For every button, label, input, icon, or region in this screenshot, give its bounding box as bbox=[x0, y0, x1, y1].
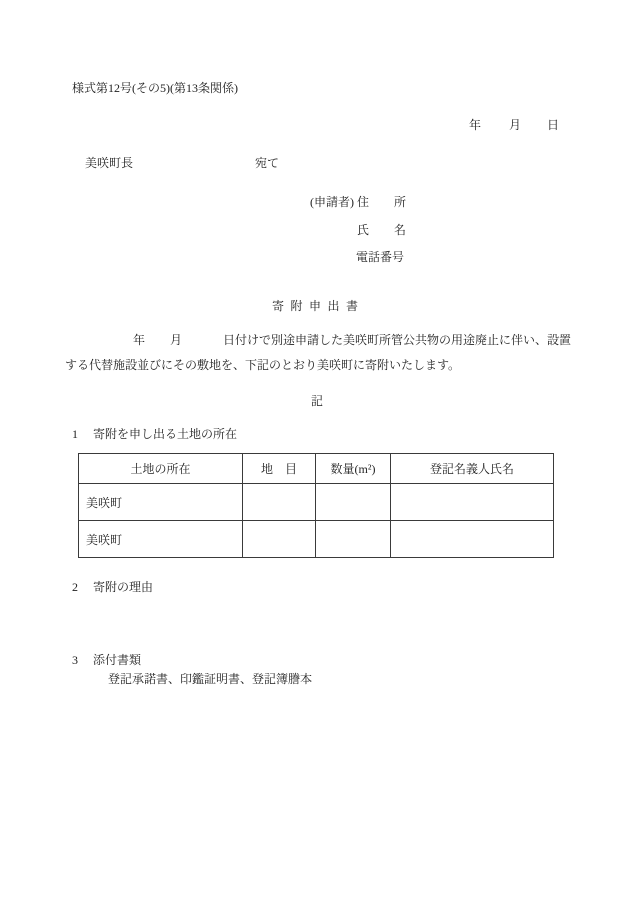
table-row: 美咲町 bbox=[79, 484, 554, 521]
date-day-label: 日 bbox=[547, 118, 559, 133]
col-header-registered-owner: 登記名義人氏名 bbox=[391, 454, 554, 484]
donation-application-form-page: 様式第12号(その5)(第13条関係) 年 月 日 美咲町長 宛て (申請者) … bbox=[0, 0, 630, 903]
col-header-land-location: 土地の所在 bbox=[79, 454, 243, 484]
note-mark: 記 bbox=[311, 394, 323, 409]
body-line2-text: する代替施設並びにその敷地を、下記のとおり美咲町に寄附いたします。 bbox=[65, 358, 460, 373]
cell-location-1: 美咲町 bbox=[79, 484, 243, 521]
date-year-label: 年 bbox=[469, 118, 481, 133]
recipient-suffix: 宛て bbox=[255, 156, 279, 171]
section-1-heading: 寄附を申し出る土地の所在 bbox=[93, 427, 237, 442]
recipient-name: 美咲町長 bbox=[85, 156, 133, 171]
applicant-phone-label: 電話番号 bbox=[356, 250, 404, 265]
body-line1-text: 日付けで別途申請した美咲町所管公共物の用途廃止に伴い、設置 bbox=[223, 333, 571, 348]
section-3-attachment-list: 登記承諾書、印鑑証明書、登記簿謄本 bbox=[108, 672, 312, 687]
applicant-prefix: (申請者) bbox=[310, 195, 354, 210]
table-row: 美咲町 bbox=[79, 521, 554, 558]
land-table: 土地の所在 地 目 数量(m²) 登記名義人氏名 美咲町 美咲町 bbox=[78, 453, 554, 558]
cell-quantity-1 bbox=[316, 484, 391, 521]
section-2-heading: 寄附の理由 bbox=[93, 580, 153, 595]
body-year-label: 年 bbox=[133, 333, 145, 348]
applicant-name-label-1: 氏 bbox=[357, 223, 369, 238]
date-month-label: 月 bbox=[509, 118, 521, 133]
land-table-header-row: 土地の所在 地 目 数量(m²) 登記名義人氏名 bbox=[79, 454, 554, 484]
col-header-land-category: 地 目 bbox=[243, 454, 316, 484]
body-month-label: 月 bbox=[170, 333, 182, 348]
section-2-number: 2 bbox=[72, 580, 78, 595]
section-3-number: 3 bbox=[72, 653, 78, 668]
section-1-number: 1 bbox=[72, 427, 78, 442]
cell-location-2: 美咲町 bbox=[79, 521, 243, 558]
col-header-quantity: 数量(m²) bbox=[316, 454, 391, 484]
form-number: 様式第12号(その5)(第13条関係) bbox=[72, 81, 238, 96]
cell-owner-2 bbox=[391, 521, 554, 558]
cell-owner-1 bbox=[391, 484, 554, 521]
cell-quantity-2 bbox=[316, 521, 391, 558]
document-title: 寄附申出書 bbox=[272, 299, 365, 314]
applicant-address-label-2: 所 bbox=[394, 195, 406, 210]
applicant-name-label-2: 名 bbox=[394, 223, 406, 238]
applicant-address-label-1: 住 bbox=[357, 195, 369, 210]
cell-category-2 bbox=[243, 521, 316, 558]
cell-category-1 bbox=[243, 484, 316, 521]
section-3-heading: 添付書類 bbox=[93, 653, 141, 668]
